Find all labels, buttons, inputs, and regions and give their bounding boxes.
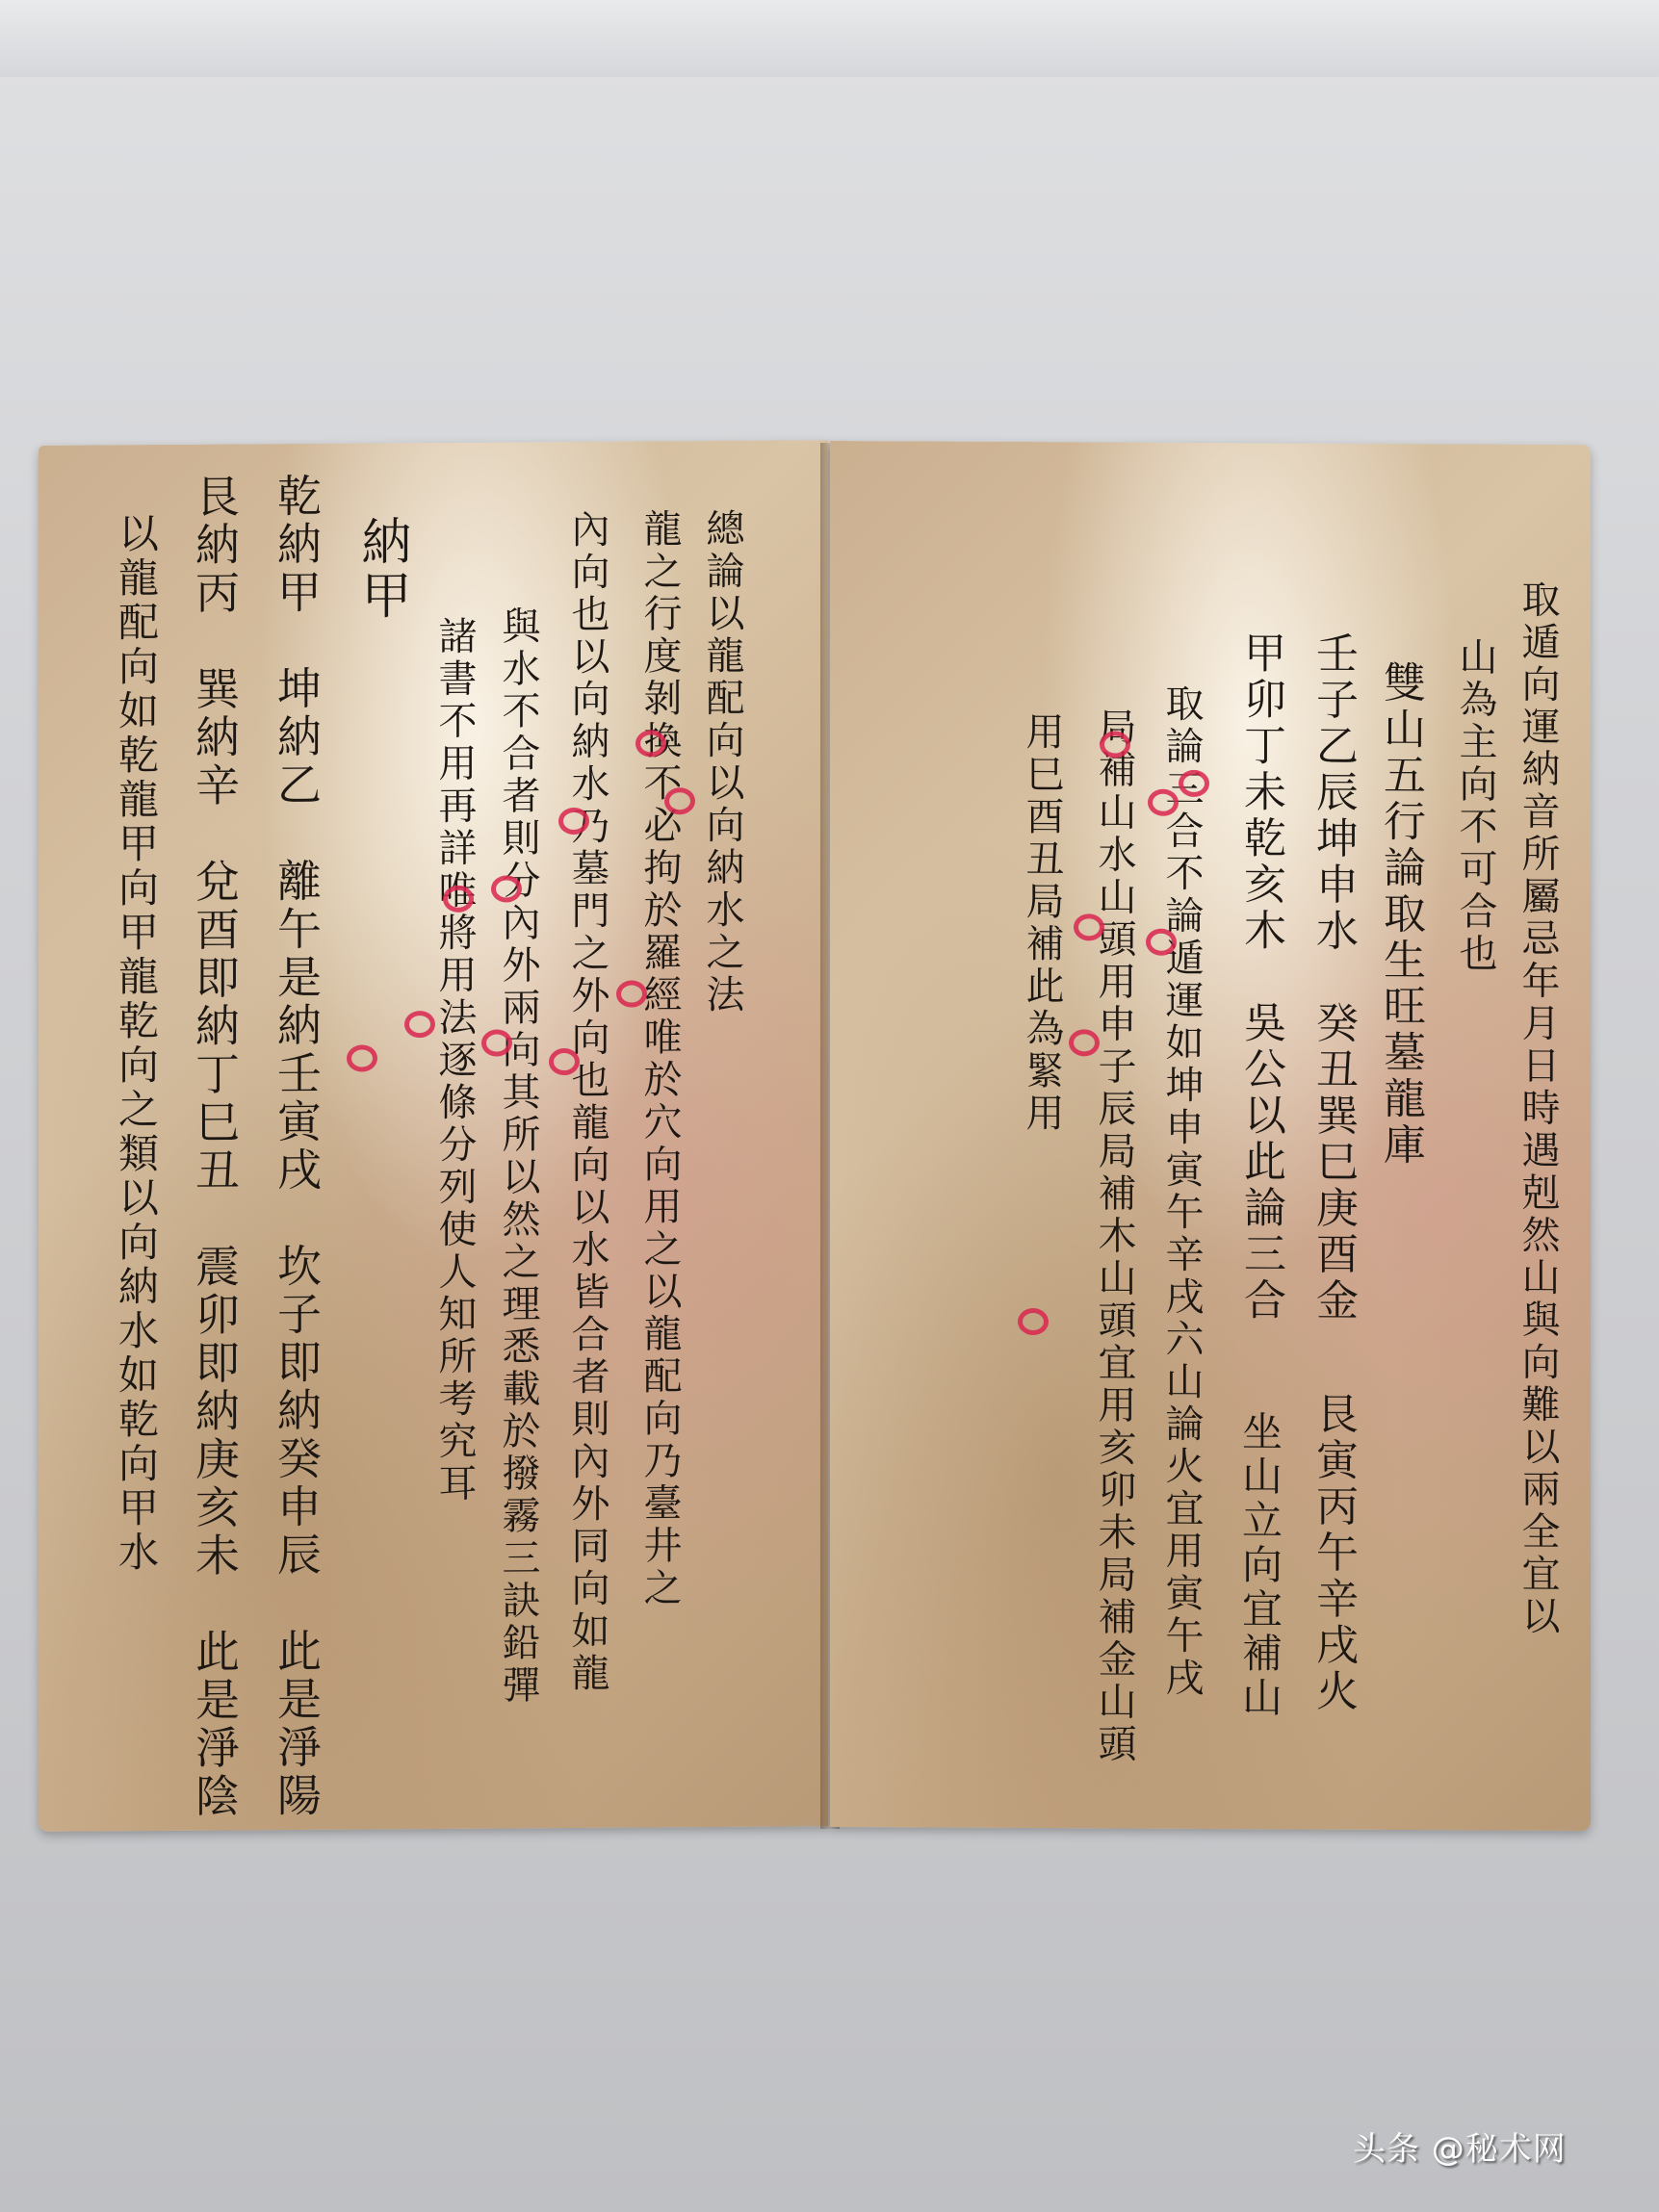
red-circle-mark [664, 787, 695, 814]
text-column: 坐山立向宜補山 [1239, 1410, 1280, 1720]
text-column: 與水不合者則分內外兩向其所以然之理悉載於撥霧三訣鉛彈 [499, 605, 537, 1707]
red-circle-mark [1069, 1029, 1100, 1056]
text-column: 乾納甲 坤納乙 離午是納壬寅戌 坎子即納癸申辰 此是淨陽 [274, 473, 319, 1820]
open-book: 總論以龍配向以向納水之法 龍之行度剝換不必拘於羅經唯於穴向用之以龍配向乃臺井之 … [39, 443, 1598, 1829]
text-column: 以龍配向如乾龍甲向甲龍乾向之類以向納水如乾向甲水 [116, 512, 156, 1575]
text-column: 內向也以向納水乃墓門之外向也龍向以水皆合者則內外同向如龍 [568, 509, 607, 1695]
watermark-label: 头条 @秘术网 [1353, 2122, 1567, 2170]
text-column: 艮寅丙午辛戌火 [1311, 1392, 1354, 1715]
text-column: 龍之行度剝換不必拘於羅經唯於穴向用之以龍配向乃臺井之 [640, 508, 679, 1609]
text-column: 總論以龍配向以向納水之法 [703, 508, 741, 1016]
red-circle-mark [491, 875, 522, 902]
text-column: 艮納丙 巽納辛 兌酉即納丁巳丑 震卯即納庚亥未 此是淨陰 [193, 473, 237, 1820]
text-column: 山為主向不可合也 [1456, 636, 1494, 975]
text-column: 局補山水山頭用申子辰局補木山頭宜用亥卯未局補金山頭 [1095, 707, 1133, 1765]
red-circle-mark [1100, 731, 1130, 758]
text-column: 雙山五行論取生旺墓龍庫 [1379, 660, 1421, 1169]
text-column: 取論三合不論遁運如坤申寅午辛戌六山論火宜用寅午戌 [1162, 683, 1201, 1700]
red-circle-mark [1146, 929, 1177, 956]
text-column: 甲卯丁未乾亥木 吳公以此論三合 [1239, 630, 1282, 1324]
red-circle-mark [1148, 789, 1179, 816]
red-circle-mark [558, 808, 589, 835]
red-circle-mark [1018, 1308, 1049, 1335]
red-circle-mark [404, 1011, 435, 1038]
text-column: 用巳酉丑局補此為緊用 [1023, 711, 1061, 1135]
red-circle-mark [443, 886, 474, 913]
right-page: 取遁向運納音所屬忌年月日時遇剋然山與向難以兩全宜以 山為主向不可合也 雙山五行論… [830, 441, 1591, 1831]
text-column: 壬子乙辰坤申水 癸丑巽巳庚酉金 [1311, 631, 1354, 1325]
background-top-band [0, 0, 1659, 77]
text-column: 取遁向運納音所屬忌年月日時遇剋然山與向難以兩全宜以 [1518, 579, 1557, 1638]
text-column: 諸書不用再詳唯將用法逐條分列使人知所考究耳 [435, 616, 474, 1505]
red-circle-mark [1074, 913, 1104, 940]
red-circle-mark [1179, 770, 1209, 797]
section-heading-najia: 納甲 [356, 515, 406, 623]
red-circle-mark [549, 1048, 580, 1075]
left-page: 總論以龍配向以向納水之法 龍之行度剝換不必拘於羅經唯於穴向用之以龍配向乃臺井之 … [39, 440, 828, 1832]
red-circle-mark [481, 1029, 512, 1056]
red-circle-mark [347, 1044, 377, 1071]
red-circle-mark [616, 980, 647, 1007]
red-circle-mark [635, 730, 666, 757]
